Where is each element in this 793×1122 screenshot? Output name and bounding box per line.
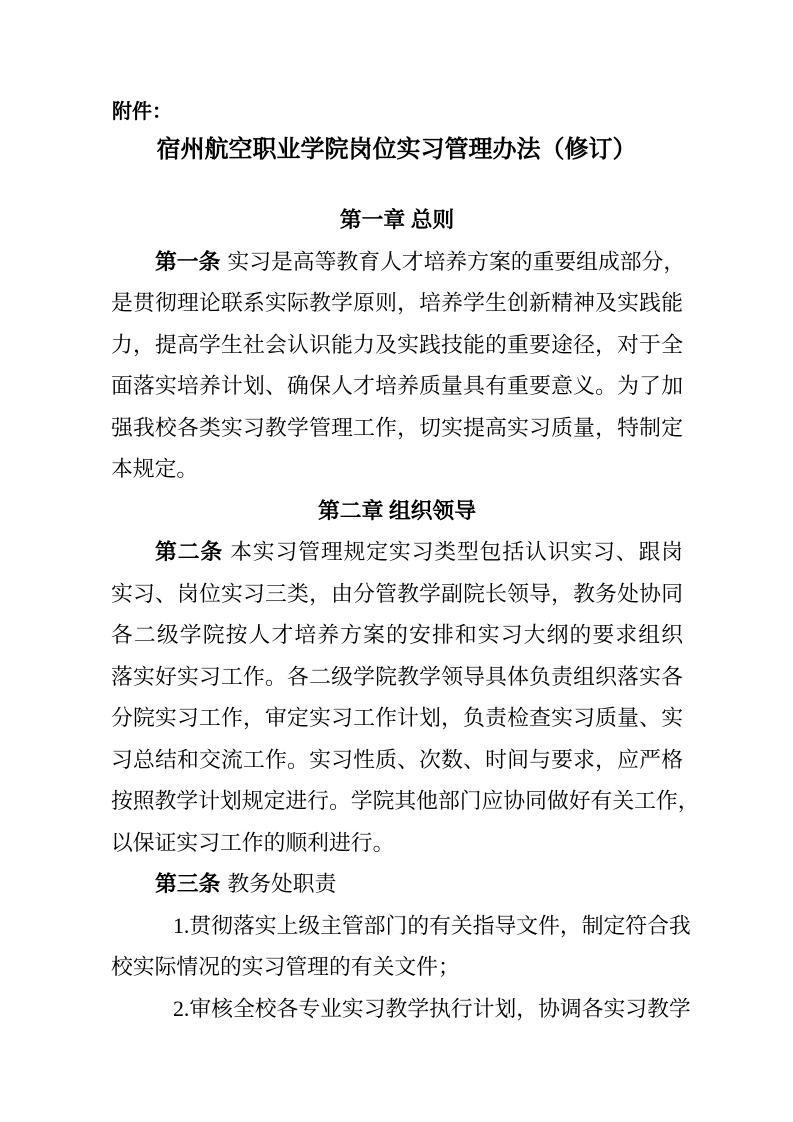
text-line: 落实好实习工作。各二级学院教学领导具体负责组织落实各 [111, 657, 683, 699]
article-number: 第一条 [155, 250, 220, 274]
text-line: 第一条实习是高等教育人才培养方案的重要组成部分， [111, 242, 683, 284]
text-line: 1.贯彻落实上级主管部门的有关指导文件，制定符合我 [111, 906, 683, 948]
text-line: 按照教学计划规定进行。学院其他部门应协同做好有关工作， [111, 781, 683, 823]
text-line: 分院实习工作，审定实习工作计划，负责检查实习质量、实 [111, 698, 683, 740]
text-line: 各二级学院按人才培养方案的安排和实习大纲的要求组织 [111, 615, 683, 657]
attachment-label: 附件： [112, 99, 172, 125]
text-line: 力，提高学生社会认识能力及实践技能的重要途径，对于全 [111, 325, 683, 367]
article-number: 第二条 [155, 540, 223, 564]
chapter-heading: 第二章 组织领导 [111, 491, 683, 533]
text-line: 本规定。 [111, 449, 683, 491]
text-line: 第二条本实习管理规定实习类型包括认识实习、跟岗 [111, 532, 683, 574]
chapter-heading: 第一章 总则 [111, 200, 683, 242]
text-line: 校实际情况的实习管理的有关文件； [111, 947, 683, 989]
text-line: 以保证实习工作的顺利进行。 [111, 823, 683, 865]
article-number: 第三条 [155, 872, 220, 896]
text-line: 面落实培养计划、确保人才培养质量具有重要意义。为了加 [111, 366, 683, 408]
document-title: 宿州航空职业学院岗位实习管理办法（修订） [0, 133, 793, 167]
text-line: 2.审核全校各专业实习教学执行计划，协调各实习教学 [111, 989, 683, 1031]
text-line: 强我校各类实习教学管理工作，切实提高实习质量，特制定 [111, 408, 683, 450]
text-line: 实习、岗位实习三类，由分管教学副院长领导，教务处协同 [111, 574, 683, 616]
text-line: 习总结和交流工作。实习性质、次数、时间与要求，应严格 [111, 740, 683, 782]
document-body: 第一章 总则第一条实习是高等教育人才培养方案的重要组成部分，是贯彻理论联系实际教… [111, 200, 683, 1030]
text-line: 是贯彻理论联系实际教学原则，培养学生创新精神及实践能 [111, 283, 683, 325]
text-line: 第三条教务处职责 [111, 864, 683, 906]
document-page: 附件： 宿州航空职业学院岗位实习管理办法（修订） 第一章 总则第一条实习是高等教… [0, 0, 793, 1122]
